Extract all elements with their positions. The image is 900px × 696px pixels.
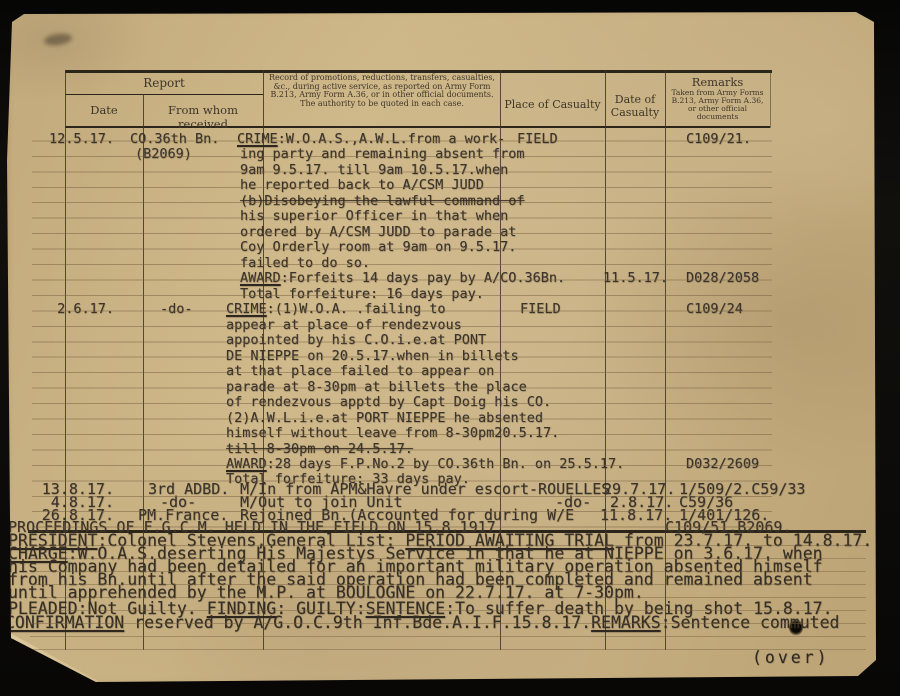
entry-text: AWARD:Forfeits 14 days pay by A/CO.36Bn.	[240, 270, 565, 286]
place-column-label: Place of Casualty	[500, 98, 605, 111]
remarks-ref: D028/2058	[686, 270, 759, 286]
entry-date: 2.6.17.	[30, 301, 114, 317]
scanned-army-form: Report Date From whom received Record of…	[0, 0, 900, 696]
entry-text-underlined: CRIME	[226, 301, 267, 317]
from-column-label: From whom received	[143, 103, 263, 131]
entry-text: appear at place of rendezvous	[226, 317, 462, 333]
record-line: (B2069)ing party and remaining absent fr…	[0, 146, 900, 163]
entry-text: his superior Officer in that when	[240, 208, 508, 224]
record-line: Coy Orderly room at 9am on 9.5.17.	[0, 239, 900, 256]
remarks-column-label: Remarks	[665, 75, 770, 89]
record-note-line: The authority to be quoted in each case.	[266, 100, 498, 109]
entry-source: -do-	[160, 301, 193, 317]
entry-text-part: :(1)W.O.A. .failing to	[267, 301, 446, 317]
entry-text-underlined: CRIME	[237, 131, 278, 147]
place-of-casualty: FIELD	[520, 301, 561, 317]
remarks-note-line: documents	[665, 113, 770, 121]
entry-text-part: :Forfeits 14 days pay by A/CO.36Bn.	[281, 270, 565, 286]
entry-text: ing party and remaining absent from	[240, 146, 524, 162]
casualty-date-label-1: Date of	[605, 93, 665, 106]
remarks-ref: C109/21.	[686, 131, 751, 147]
entry-text-part: :28 days F.P.No.2 by CO.36th Bn. on 25.5…	[267, 456, 625, 472]
record-line: at that place failed to appear on	[0, 363, 900, 380]
record-line: his superior Officer in that when	[0, 208, 900, 225]
record-column-note: Record of promotions, reductions, transf…	[266, 74, 498, 108]
entry-date: 12.5.17.	[30, 131, 114, 147]
entry-text-underlined: AWARD	[240, 270, 281, 286]
record-line: CONFIRMATION reserved by A/G.O.C.9th Inf…	[0, 615, 900, 632]
entry-text-underlined: CONFIRMATION	[5, 613, 124, 632]
entry-text: failed to do so.	[240, 255, 370, 271]
paper-sheet: Report Date From whom received Record of…	[0, 0, 900, 696]
report-divider	[65, 94, 263, 95]
table-vline-right	[770, 70, 771, 128]
remarks-ref: D032/2609	[686, 456, 759, 472]
entry-text-underlined: REMARKS	[591, 613, 661, 632]
entry-text: AWARD:28 days F.P.No.2 by CO.36th Bn. on…	[226, 456, 624, 472]
entry-source: CO.36th Bn.	[130, 131, 219, 147]
ink-smudge	[43, 32, 72, 47]
entry-text: 9am 9.5.17. till 9am 10.5.17.when	[240, 162, 508, 178]
entry-text-part: :Sentence commuted	[661, 613, 840, 632]
entry-text: appointed by his C.O.i.e.at PONT	[226, 332, 486, 348]
over-page-indicator: (over)	[752, 648, 830, 667]
entry-text-part: reserved by A/G.O.C.9th Inf.Bde.A.I.F.15…	[124, 613, 591, 632]
entry-text: CONFIRMATION reserved by A/G.O.C.9th Inf…	[5, 615, 839, 631]
entry-text: himself without leave from 8-30pm20.5.17…	[226, 425, 559, 441]
entry-text: he reported back to A/CSM JUDD	[240, 177, 484, 193]
remarks-ref: C109/24	[686, 301, 743, 317]
record-line: he reported back to A/CSM JUDD	[0, 177, 900, 194]
entry-text-underlined: AWARD	[226, 456, 267, 472]
entry-text: (2)A.W.L.i.e.at PORT NIEPPE he absented	[226, 410, 543, 426]
remarks-column-note: Taken from Army Forms B.213, Army Form A…	[665, 89, 770, 121]
entry-text: DE NIEPPE on 20.5.17.when in billets	[226, 348, 519, 364]
date-column-label: Date	[65, 103, 143, 117]
entry-text: till 8-30pm on 24.5.17.	[226, 441, 413, 457]
entry-text: (b)Disobeying the lawful command of	[240, 193, 524, 209]
report-column-label: Report	[65, 76, 263, 90]
record-line: of rendezvous apptd by Capt Doig his CO.	[0, 394, 900, 411]
record-line: AWARD:Forfeits 14 days pay by A/CO.36Bn.…	[0, 270, 900, 287]
record-line: appointed by his C.O.i.e.at PONT	[0, 332, 900, 349]
casualty-date-label-2: Casualty	[605, 106, 665, 119]
entry-text: Total forfeiture: 16 days pay.	[240, 286, 484, 302]
entry-text: CRIME:W.O.A.S.,A.W.L.from a work-	[237, 131, 505, 147]
casualty-date: 11.5.17.	[603, 270, 668, 286]
entry-text: of rendezvous apptd by Capt Doig his CO.	[226, 394, 551, 410]
record-line: himself without leave from 8-30pm20.5.17…	[0, 425, 900, 442]
entry-source: (B2069)	[135, 146, 192, 162]
entry-text: ordered by A/CSM JUDD to parade at	[240, 224, 516, 240]
entry-text: Coy Orderly room at 9am on 9.5.17.	[240, 239, 516, 255]
entry-text: parade at 8-30pm at billets the place	[226, 379, 527, 395]
entry-text: at that place failed to appear on	[226, 363, 494, 379]
record-line: 2.6.17.-do-CRIME:(1)W.O.A. .failing toFI…	[0, 301, 900, 318]
entry-text: CRIME:(1)W.O.A. .failing to	[226, 301, 445, 317]
entry-text-part: :W.O.A.S.,A.W.L.from a work-	[278, 131, 506, 147]
place-of-casualty: FIELD	[517, 131, 558, 147]
